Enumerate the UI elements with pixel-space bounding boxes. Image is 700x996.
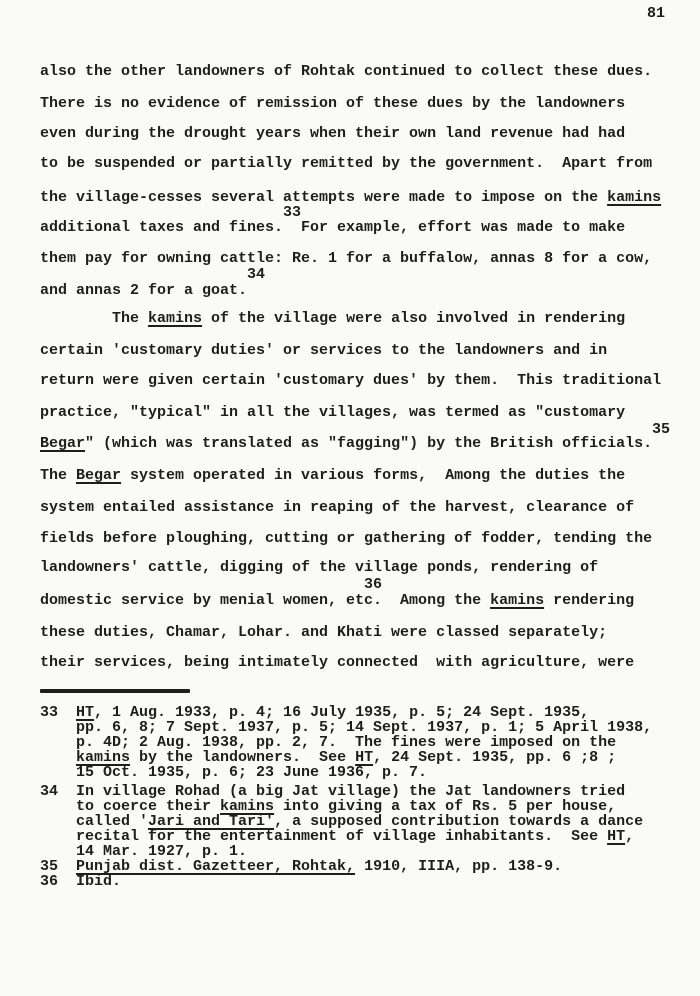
- body-text-line: fields before ploughing, cutting or gath…: [40, 531, 652, 548]
- text-segment: " (which was translated as "fagging") by…: [85, 435, 652, 452]
- text-segment: to be suspended or partially remitted by…: [40, 155, 652, 172]
- text-segment: The: [40, 467, 76, 484]
- underlined-text: kamins: [490, 592, 544, 609]
- text-segment: of the village were also involved in ren…: [202, 310, 625, 327]
- body-text-line: There is no evidence of remission of the…: [40, 96, 625, 113]
- text-segment: The: [40, 310, 148, 327]
- text-segment: system entailed assistance in reaping of…: [40, 499, 634, 516]
- underlined-text: kamins: [607, 189, 661, 206]
- body-text-line: and annas 2 for a goat.: [40, 283, 247, 300]
- text-segment: rendering: [544, 592, 634, 609]
- body-text-line: additional taxes and fines. For example,…: [40, 220, 625, 237]
- text-segment: 1910, IIIA, pp. 138-9.: [355, 858, 562, 875]
- underlined-text: HT: [607, 828, 625, 845]
- document-page: 81 also the other landowners of Rohtak c…: [0, 0, 700, 996]
- body-text-line: their services, being intimately connect…: [40, 655, 634, 672]
- underlined-text: Begar: [40, 435, 85, 452]
- text-segment: 35: [652, 421, 670, 438]
- footnote-separator: [40, 689, 190, 693]
- page-number: 81: [647, 5, 665, 22]
- body-text-line: system entailed assistance in reaping of…: [40, 500, 634, 517]
- body-text-line: these duties, Chamar, Lohar. and Khati w…: [40, 625, 607, 642]
- text-segment: the village-cesses several attempts were…: [40, 189, 607, 206]
- text-segment: even during the drought years when their…: [40, 125, 625, 142]
- text-segment: return were given certain 'customary due…: [40, 372, 661, 389]
- text-segment: 15 Oct. 1935, p. 6; 23 June 1936, p. 7.: [40, 764, 427, 781]
- text-segment: certain 'customary duties' or services t…: [40, 342, 607, 359]
- underlined-text: Begar: [76, 467, 121, 484]
- body-text-line: them pay for owning cattle: Re. 1 for a …: [40, 251, 652, 268]
- text-segment: landowners' cattle, digging of the villa…: [40, 559, 598, 576]
- body-text-line: Begar" (which was translated as "fagging…: [40, 436, 652, 453]
- body-text-line: even during the drought years when their…: [40, 126, 625, 143]
- body-text-line: the village-cesses several attempts were…: [40, 190, 661, 207]
- text-segment: additional taxes and fines. For example,…: [40, 219, 625, 236]
- body-text-line: also the other landowners of Rohtak cont…: [40, 64, 652, 81]
- footnote-ref-35: 35: [652, 422, 670, 439]
- footnote-36: 36 Ibid.: [40, 874, 121, 891]
- footnote-33: 15 Oct. 1935, p. 6; 23 June 1936, p. 7.: [40, 765, 427, 782]
- text-segment: 36: [364, 576, 382, 593]
- text-segment: fields before ploughing, cutting or gath…: [40, 530, 652, 547]
- text-segment: practice, "typical" in all the villages,…: [40, 404, 625, 421]
- text-segment: 36 Ibid.: [40, 873, 121, 890]
- text-segment: There is no evidence of remission of the…: [40, 95, 625, 112]
- body-text-line: to be suspended or partially remitted by…: [40, 156, 652, 173]
- text-segment: also the other landowners of Rohtak cont…: [40, 63, 652, 80]
- text-segment: 34: [247, 266, 265, 283]
- text-segment: ,: [625, 828, 634, 845]
- text-segment: and annas 2 for a goat.: [40, 282, 247, 299]
- text-segment: system operated in various forms, Among …: [121, 467, 625, 484]
- body-text-line: certain 'customary duties' or services t…: [40, 343, 607, 360]
- text-segment: these duties, Chamar, Lohar. and Khati w…: [40, 624, 607, 641]
- body-text-line: The kamins of the village were also invo…: [40, 311, 625, 328]
- footnote-ref-34: 34: [247, 267, 265, 284]
- body-text-line: practice, "typical" in all the villages,…: [40, 405, 625, 422]
- text-segment: them pay for owning cattle: Re. 1 for a …: [40, 250, 652, 267]
- body-text-line: landowners' cattle, digging of the villa…: [40, 560, 598, 577]
- text-segment: their services, being intimately connect…: [40, 654, 634, 671]
- text-segment: domestic service by menial women, etc. A…: [40, 592, 490, 609]
- underlined-text: kamins: [148, 310, 202, 327]
- body-text-line: return were given certain 'customary due…: [40, 373, 661, 390]
- body-text-line: domestic service by menial women, etc. A…: [40, 593, 634, 610]
- body-text-line: The Begar system operated in various for…: [40, 468, 625, 485]
